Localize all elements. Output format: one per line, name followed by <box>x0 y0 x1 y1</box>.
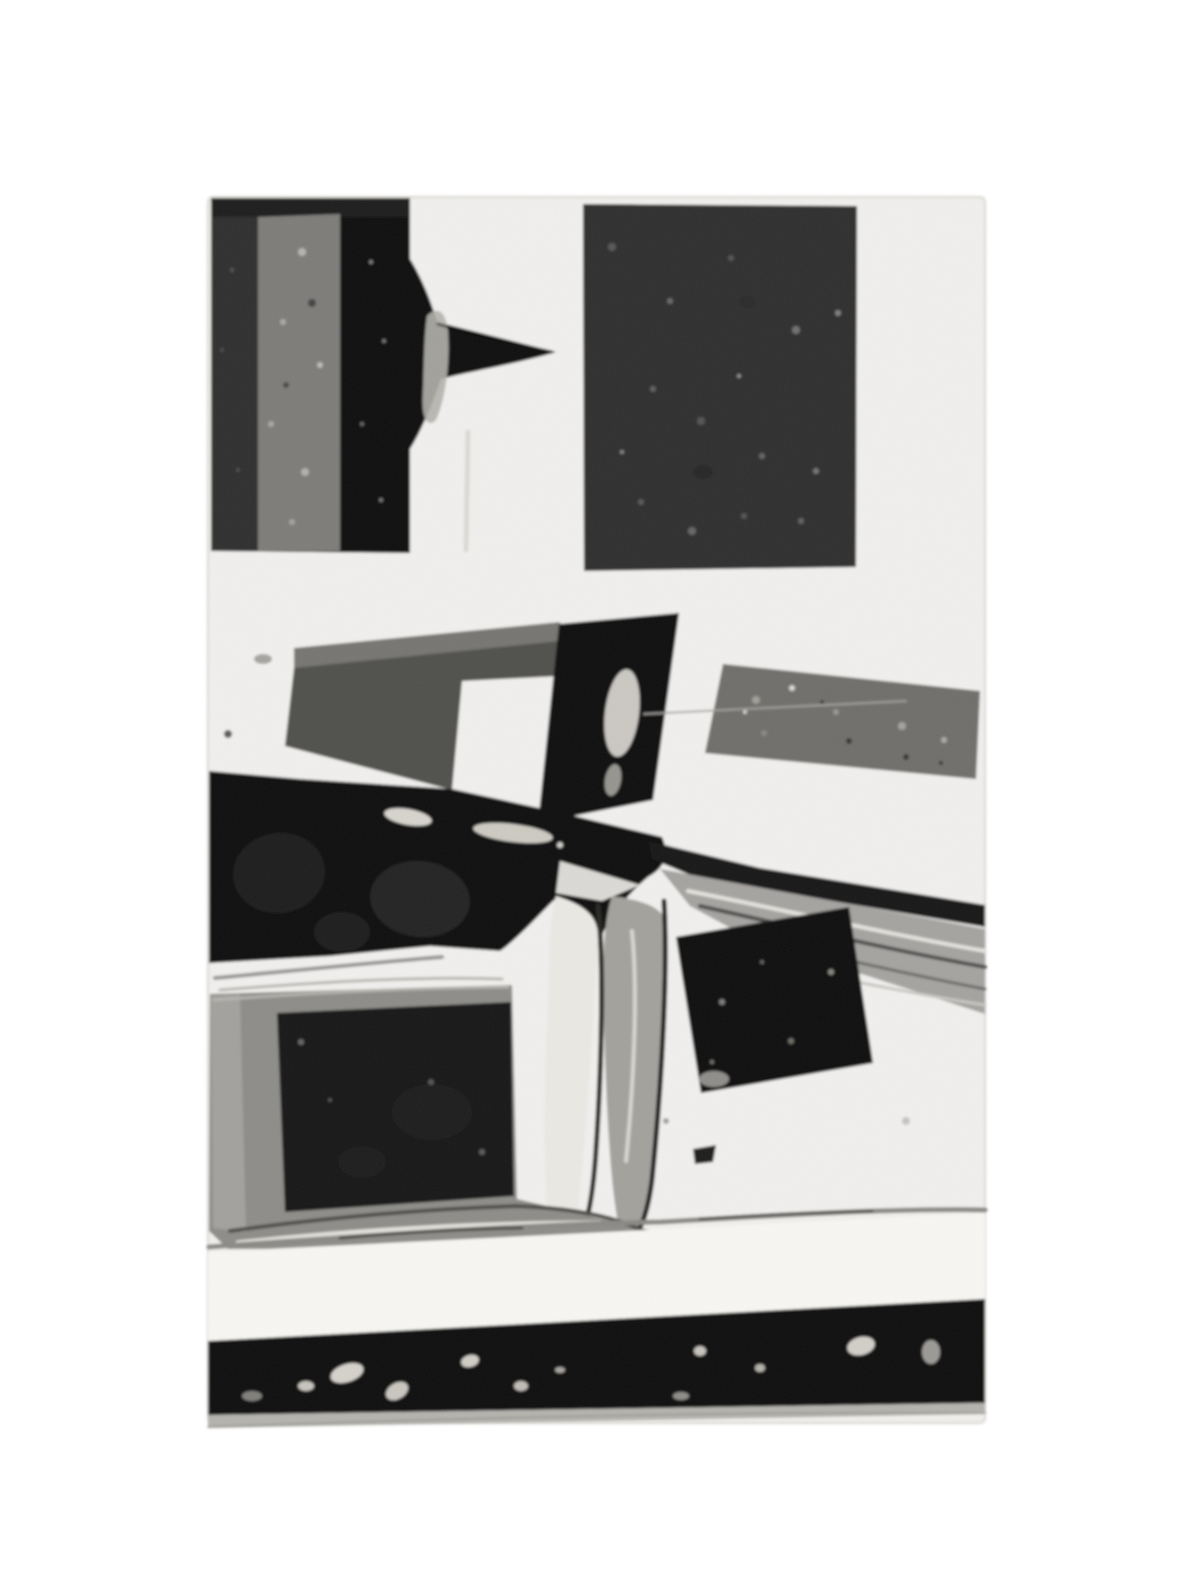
film-grain-overlay <box>207 196 986 1424</box>
page-background <box>0 0 1186 1581</box>
soap-slice-photo <box>0 0 1186 1581</box>
photo-wrap <box>0 0 1186 1581</box>
